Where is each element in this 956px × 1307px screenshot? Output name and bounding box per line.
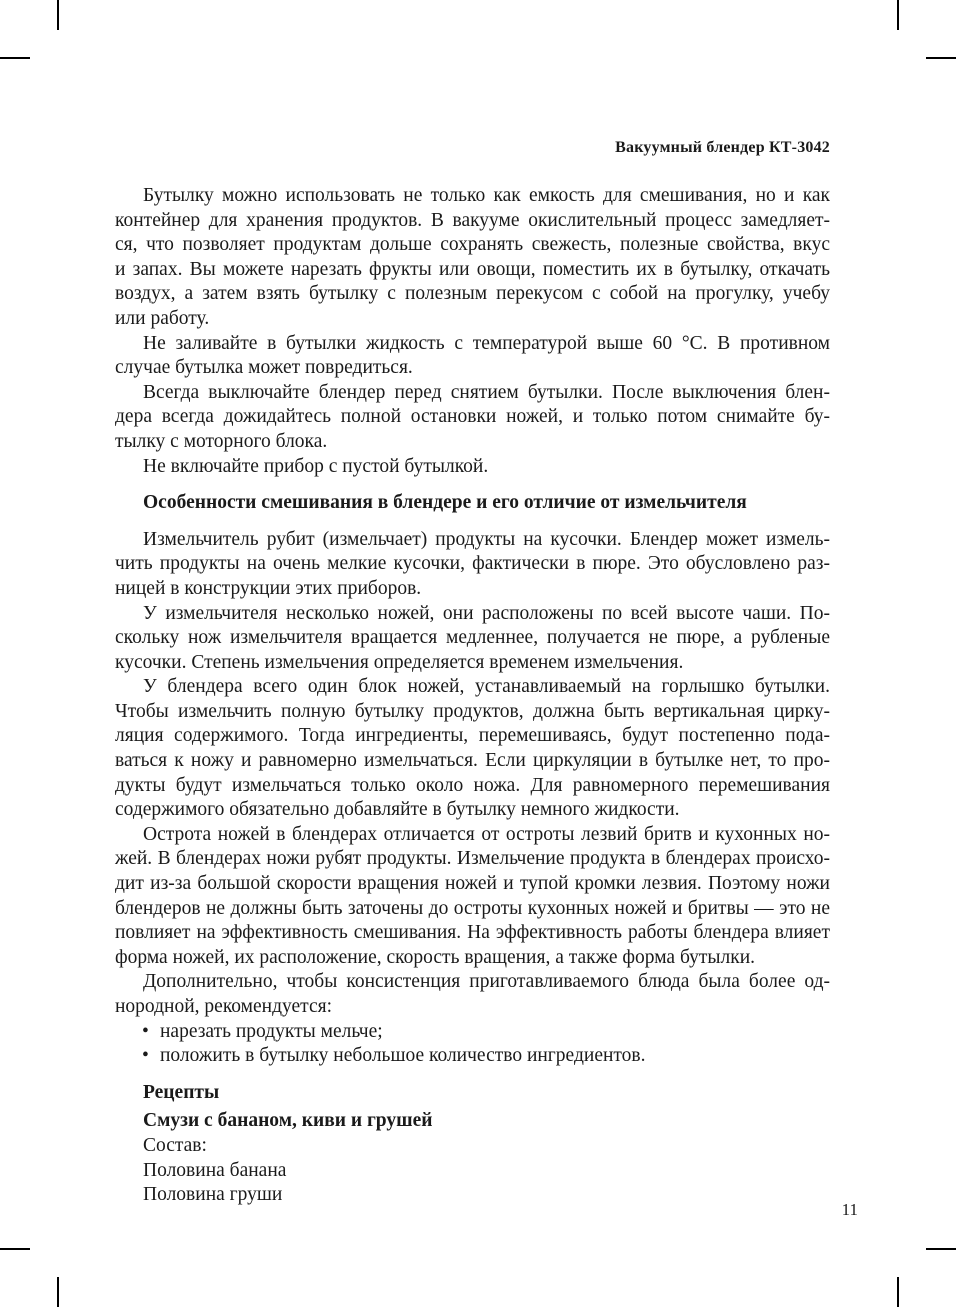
text-line: ваться к ножу и равномерно измельчаться.… — [115, 749, 830, 774]
text-line: кусочки. Степень измельчения определяетс… — [115, 651, 830, 676]
text-line: ся, что позволяет продуктам дольше сохра… — [115, 233, 830, 258]
bullet-text: положить в бутылку небольшое количество … — [160, 1045, 646, 1066]
text-line: Не включайте прибор с пустой бутылкой. — [115, 455, 830, 480]
text-line: тылку с моторного блока. — [115, 430, 830, 455]
text-line: жей. В блендерах ножи рубят продукты. Из… — [115, 847, 830, 872]
paragraph: Острота ножей в блендерах отличается от … — [115, 823, 830, 971]
crop-mark-top-right-horizontal — [926, 57, 956, 59]
text-line: и запах. Вы можете нарезать фрукты или о… — [115, 258, 830, 283]
paragraph: У измельчителя несколько ножей, они расп… — [115, 602, 830, 676]
paragraph: Дополнительно, чтобы консистенция пригот… — [115, 970, 830, 1019]
paragraph: У блендера всего один блок ножей, устана… — [115, 675, 830, 823]
text-line: ляция содержимого. Тогда ингредиенты, пе… — [115, 724, 830, 749]
bullet-icon: • — [142, 1020, 160, 1045]
text-line: Не заливайте в бутылки жидкость с темпер… — [115, 332, 830, 357]
heading-recipe: Смузи с бананом, киви и грушей — [115, 1109, 830, 1134]
text-line: ницей в конструкции этих приборов. — [115, 577, 830, 602]
crop-mark-top-left-horizontal — [0, 57, 30, 59]
text-line: дит из-за большой скорости вращения ноже… — [115, 872, 830, 897]
text-line: Дополнительно, чтобы консистенция пригот… — [115, 970, 830, 995]
paragraph: Не заливайте в бутылки жидкость с темпер… — [115, 332, 830, 381]
running-header: Вакуумный блендер КТ-3042 — [115, 139, 830, 157]
bullet-item: •нарезать продукты мельче; — [115, 1020, 830, 1045]
text-line: Острота ножей в блендерах отличается от … — [115, 823, 830, 848]
crop-mark-top-right-vertical — [897, 0, 899, 30]
paragraph: Всегда выключайте блендер перед снятием … — [115, 381, 830, 455]
text-line: Бутылку можно использовать не только как… — [115, 184, 830, 209]
paragraph: Половина банана — [115, 1159, 830, 1184]
heading-recipes: Рецепты — [115, 1081, 830, 1106]
text-line: Всегда выключайте блендер перед снятием … — [115, 381, 830, 406]
bullet-icon: • — [142, 1044, 160, 1069]
paragraph: Состав: — [115, 1134, 830, 1159]
heading-section: Особенности смешивания в блендере и его … — [115, 491, 830, 516]
crop-mark-bottom-left-horizontal — [0, 1248, 30, 1250]
text-line: дера всегда дожидайтесь полной остановки… — [115, 405, 830, 430]
paragraph: Бутылку можно использовать не только как… — [115, 184, 830, 332]
document-body: Бутылку можно использовать не только как… — [115, 184, 830, 1208]
text-line: повлияет на эффективность смешивания. На… — [115, 921, 830, 946]
bullet-text: нарезать продукты мельче; — [160, 1021, 383, 1042]
text-line: форма ножей, их расположение, скорость в… — [115, 946, 830, 971]
text-line: содержимого обязательно добавляйте в бут… — [115, 798, 830, 823]
text-line: У блендера всего один блок ножей, устана… — [115, 675, 830, 700]
document-page: Вакуумный блендер КТ-3042 Бутылку можно … — [0, 0, 956, 1307]
text-line: Половина банана — [115, 1159, 830, 1184]
text-line: Измельчитель рубит (измельчает) продукты… — [115, 528, 830, 553]
crop-mark-top-left-vertical — [57, 0, 59, 30]
text-line: воздух, а затем взять бутылку с полезным… — [115, 282, 830, 307]
text-line: Чтобы измельчить полную бутылку продукто… — [115, 700, 830, 725]
crop-mark-bottom-right-vertical — [897, 1277, 899, 1307]
text-line: нородной, рекомендуется: — [115, 995, 830, 1020]
text-line: чить продукты на очень мелкие кусочки, ф… — [115, 552, 830, 577]
crop-mark-bottom-right-horizontal — [926, 1248, 956, 1250]
text-line: или работу. — [115, 307, 830, 332]
text-line: У измельчителя несколько ножей, они расп… — [115, 602, 830, 627]
text-line: Состав: — [115, 1134, 830, 1159]
page-number: 11 — [115, 1200, 858, 1220]
text-line: дукты будут измельчаться только около но… — [115, 774, 830, 799]
paragraph: Не включайте прибор с пустой бутылкой. — [115, 455, 830, 480]
text-line: случае бутылка может повредиться. — [115, 356, 830, 381]
text-line: контейнер для хранения продуктов. В ваку… — [115, 209, 830, 234]
text-line: блендеров не должны быть заточены до ост… — [115, 897, 830, 922]
bullet-item: •положить в бутылку небольшое количество… — [115, 1044, 830, 1069]
text-line: скольку нож измельчителя вращается медле… — [115, 626, 830, 651]
crop-mark-bottom-left-vertical — [57, 1277, 59, 1307]
paragraph: Измельчитель рубит (измельчает) продукты… — [115, 528, 830, 602]
